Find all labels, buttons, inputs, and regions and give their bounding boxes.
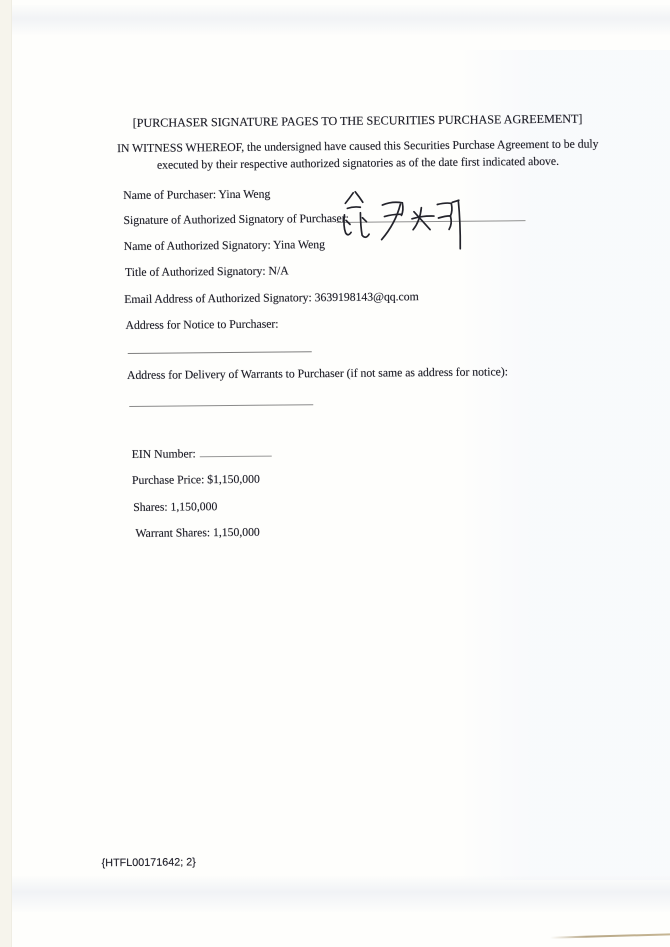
handwritten-signature	[334, 183, 485, 254]
authorized-signatory-title-value: N/A	[268, 263, 288, 277]
field-warrant-shares: Warrant Shares: 1,150,000	[135, 525, 259, 541]
field-shares: Shares: 1,150,000	[133, 499, 217, 515]
authorized-signatory-email-value: 3639198143@qq.com	[315, 289, 419, 304]
shares-value: 1,150,000	[170, 499, 217, 513]
warrant-shares-value: 1,150,000	[213, 525, 260, 539]
ein-number-label: EIN Number:	[132, 446, 196, 461]
field-authorized-signatory-title: Title of Authorized Signatory: N/A	[125, 263, 289, 280]
field-signature: Signature of Authorized Signatory of Pur…	[123, 211, 348, 228]
notice-address-label: Address for Notice to Purchaser:	[125, 317, 278, 332]
field-warrant-delivery-address: Address for Delivery of Warrants to Purc…	[127, 364, 508, 383]
scanned-document-page: [PURCHASER SIGNATURE PAGES TO THE SECURI…	[0, 0, 670, 947]
document-title: [PURCHASER SIGNATURE PAGES TO THE SECURI…	[52, 111, 662, 132]
shares-label: Shares:	[133, 500, 168, 514]
signature-label: Signature of Authorized Signatory of Pur…	[123, 211, 348, 227]
authorized-signatory-title-label: Title of Authorized Signatory:	[125, 264, 266, 279]
authorized-signatory-name-label: Name of Authorized Signatory:	[124, 238, 271, 253]
field-purchase-price: Purchase Price: $1,150,000	[132, 472, 260, 488]
authorized-signatory-name-value: Yina Weng	[273, 237, 325, 251]
witness-clause-line2: executed by their respective authorized …	[53, 153, 663, 174]
field-authorized-signatory-email: Email Address of Authorized Signatory: 3…	[124, 289, 419, 307]
field-ein-number: EIN Number:	[132, 445, 272, 462]
purchase-price-label: Purchase Price:	[132, 472, 204, 487]
authorized-signatory-email-label: Email Address of Authorized Signatory:	[124, 290, 312, 306]
warrant-delivery-address-blank-line	[129, 404, 313, 407]
field-authorized-signatory-name: Name of Authorized Signatory: Yina Weng	[124, 237, 325, 254]
ein-number-blank-underline	[200, 445, 272, 458]
purchaser-name-label: Name of Purchaser:	[123, 187, 216, 202]
warrant-delivery-address-label: Address for Delivery of Warrants to Purc…	[127, 364, 508, 382]
field-purchaser-name: Name of Purchaser: Yina Weng	[123, 187, 270, 203]
purchase-price-value: $1,150,000	[207, 472, 260, 487]
document-content: [PURCHASER SIGNATURE PAGES TO THE SECURI…	[0, 0, 670, 947]
purchaser-name-value: Yina Weng	[218, 187, 270, 201]
notice-address-blank-line	[128, 351, 312, 354]
warrant-shares-label: Warrant Shares:	[135, 525, 210, 540]
footer-reference: {HTFL00171642; 2}	[102, 856, 196, 869]
field-notice-address: Address for Notice to Purchaser:	[125, 317, 278, 333]
